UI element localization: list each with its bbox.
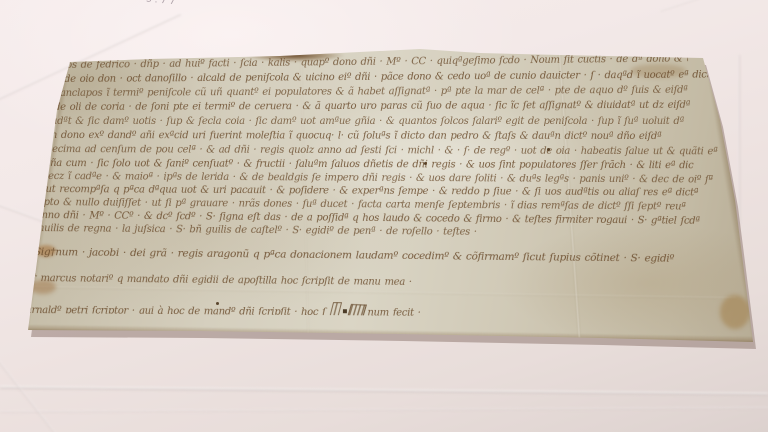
tissue-crease [0, 407, 768, 413]
royal-confirmation-line: Sig†num · jacobi · dei grã · regis arago… [34, 246, 712, 266]
tissue-crease [0, 386, 768, 396]
notarial-sign-dot [342, 309, 346, 313]
parchment: nos de fedrico · dñp · ad huiº facti · ſ… [20, 40, 760, 352]
tissue-crease [738, 55, 740, 225]
manuscript-line: udªt & ſic damº uotis · ſup & ſecla coia… [51, 116, 719, 129]
stain [720, 295, 750, 329]
scribe-line: arnaldº petri ſcriptor · qui à hoc de ma… [26, 300, 456, 316]
manuscript-line: decima ad cenſum de pou celª · & ad dñi … [46, 144, 724, 159]
notarial-sign-icon [346, 304, 366, 316]
manuscript-line: in dono exº dandº añi exªcid uri fuerint… [48, 130, 722, 144]
manuscript-line: de oli de coria · de ſoni pte ei termiº … [54, 100, 716, 115]
photo-manuscript-scene: 3.77 nos de fedrico · dñp · ad huiº fact… [0, 0, 768, 432]
notarial-sign-icon [328, 302, 341, 316]
tissue-crease [0, 355, 57, 432]
tissue-crease [660, 0, 765, 12]
scribe-line-after: num fecit · [367, 307, 420, 316]
manuscript-line: anclapos ĩ termiº peniſcole cũ uñ quantº… [60, 85, 712, 101]
scribe-line-before: arnaldº petri ſcriptor · qui à hoc de ma… [26, 305, 326, 316]
archival-number: 3.77 [146, 0, 179, 8]
